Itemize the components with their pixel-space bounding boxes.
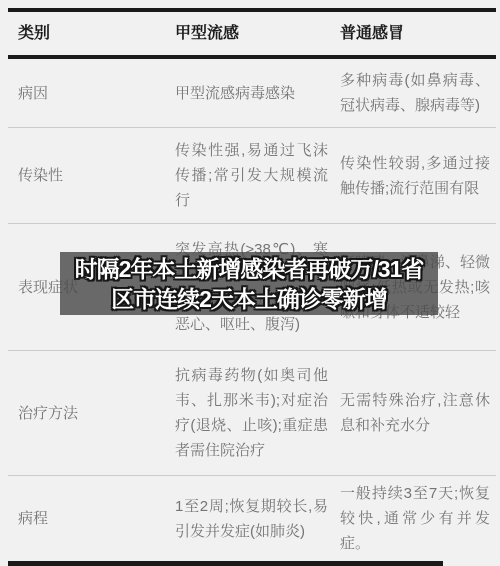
cell-cold: 传染性较弱,多通过接触传播;流行范围有限 [340, 151, 496, 201]
cell-cold: 无需特殊治疗,注意休息和补充水分 [340, 388, 496, 438]
news-headline-line-2: 区市连续2天本土确诊零新增 [111, 284, 387, 314]
cell-category: 传染性 [8, 163, 175, 188]
table-row-course: 病程 1至2周;恢复期较长,易引发并发症(如肺炎) 一般持续3至7天;恢复较快,… [8, 476, 496, 561]
header-influenza-a: 甲型流感 [175, 21, 340, 46]
header-category: 类别 [8, 21, 175, 46]
cell-category: 治疗方法 [8, 401, 175, 426]
table-row-treatment: 治疗方法 抗病毒药物(如奥司他韦、扎那米韦);对症治疗(退烧、止咳);重症患者需… [8, 351, 496, 475]
cell-flu: 传染性强,易通过飞沫传播;常引发大规模流行 [175, 138, 340, 213]
cell-category: 病因 [8, 81, 175, 106]
cell-cold: 多种病毒(如鼻病毒、冠状病毒、腺病毒等) [340, 68, 496, 118]
table-header-row: 类别 甲型流感 普通感冒 [8, 12, 496, 55]
news-headline-overlay[interactable]: 时隔2年本土新增感染者再破万/31省 区市连续2天本土确诊零新增 [60, 252, 438, 315]
flu-vs-cold-comparison-page: 类别 甲型流感 普通感冒 病因 甲型流感病毒感染 多种病毒(如鼻病毒、冠状病毒、… [0, 0, 500, 566]
table-row-cause: 病因 甲型流感病毒感染 多种病毒(如鼻病毒、冠状病毒、腺病毒等) [8, 59, 496, 127]
header-common-cold: 普通感冒 [340, 21, 496, 46]
cell-flu: 1至2周;恢复期较长,易引发并发症(如肺炎) [175, 494, 340, 544]
table-bottom-border [8, 561, 443, 566]
cell-cold: 一般持续3至7天;恢复较快,通常少有并发症。 [340, 481, 496, 556]
cell-flu: 甲型流感病毒感染 [175, 81, 340, 106]
cell-category: 病程 [8, 506, 175, 531]
cell-flu: 抗病毒药物(如奥司他韦、扎那米韦);对症治疗(退烧、止咳);重症患者需住院治疗 [175, 363, 340, 463]
news-headline-line-1: 时隔2年本土新增感染者再破万/31省 [75, 254, 424, 284]
table-row-contagiousness: 传染性 传染性强,易通过飞沫传播;常引发大规模流行 传染性较弱,多通过接触传播;… [8, 128, 496, 223]
